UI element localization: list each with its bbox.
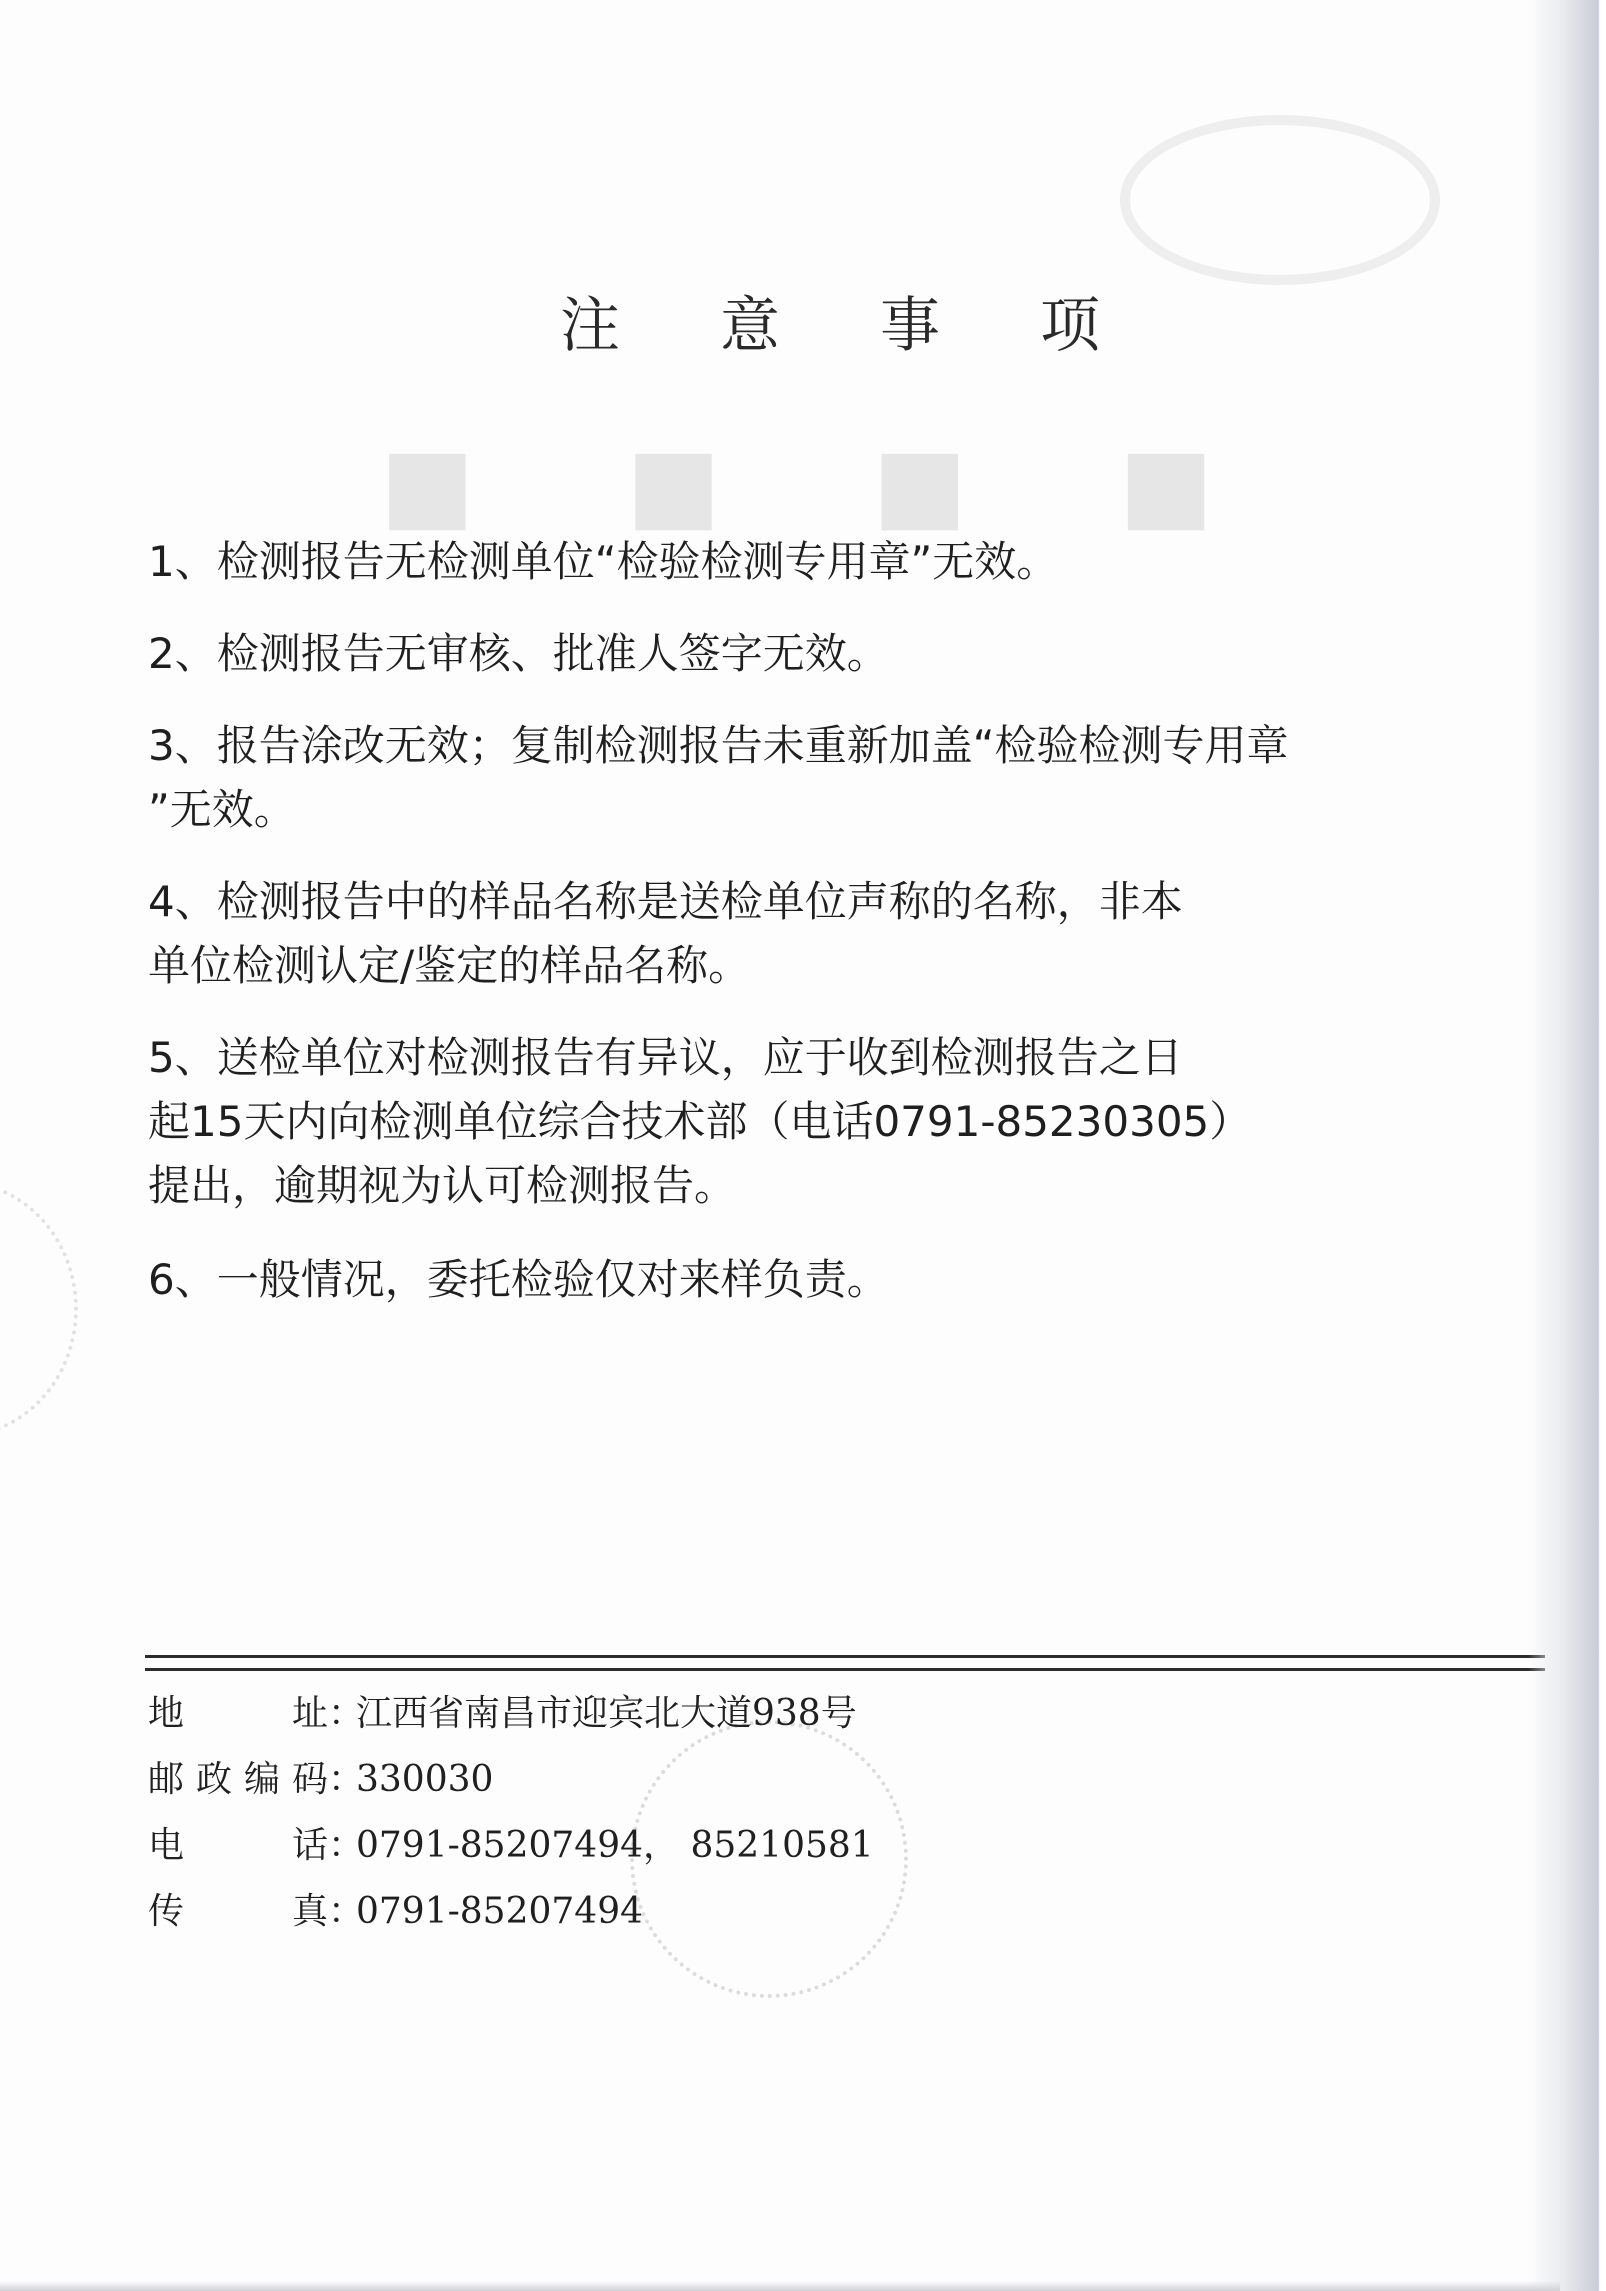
footer-divider-bottom <box>145 1668 1545 1671</box>
bleed-through-stamp-arc <box>0 1180 78 1438</box>
label-char: 政 <box>196 1751 232 1802</box>
notice-item-2: 2、检测报告无审核、批准人签字无效。 <box>148 622 1528 686</box>
notice-line: 1、检测报告无检测单位“检验检测专用章”无效。 <box>148 530 1528 594</box>
contact-postcode: 邮 政 编 码 ： 330030 <box>148 1751 874 1817</box>
binding-edge-shadow <box>1528 0 1606 2291</box>
notice-line: 4、检测报告中的样品名称是送检单位声称的名称，非本 <box>148 870 1388 934</box>
label-colon: ： <box>328 1883 356 1934</box>
label-colon: ： <box>328 1817 356 1868</box>
notice-line: 单位检测认定/鉴定的样品名称。 <box>148 934 1388 998</box>
notice-item-4: 4、检测报告中的样品名称是送检单位声称的名称，非本 单位检测认定/鉴定的样品名称… <box>148 870 1388 998</box>
contact-phone: 电 话 ： 0791-85207494， 85210581 <box>148 1817 874 1883</box>
contact-fax: 传 真 ： 0791-85207494 <box>148 1883 874 1949</box>
label-char: 传 <box>148 1883 184 1934</box>
phone-value: 0791-85207494， 85210581 <box>356 1817 874 1868</box>
label-char: 邮 <box>148 1751 184 1802</box>
notice-line: 3、报告涂改无效；复制检测报告未重新加盖“检验检测专用章 <box>148 714 1528 778</box>
footer-divider-top <box>145 1655 1545 1658</box>
notice-item-1: 1、检测报告无检测单位“检验检测专用章”无效。 <box>148 530 1528 594</box>
address-label: 地 址 <box>148 1685 328 1736</box>
notice-item-3: 3、报告涂改无效；复制检测报告未重新加盖“检验检测专用章 ”无效。 <box>148 714 1528 842</box>
label-char: 真 <box>292 1883 328 1934</box>
contact-address: 地 址 ： 江西省南昌市迎宾北大道938号 <box>148 1685 874 1751</box>
notice-line: 5、送检单位对检测报告有异议，应于收到检测报告之日 <box>148 1026 1378 1090</box>
page-title: 注 意 事 项 <box>560 278 1100 364</box>
label-colon: ： <box>328 1685 356 1736</box>
label-char: 地 <box>148 1685 184 1736</box>
notice-list: 1、检测报告无检测单位“检验检测专用章”无效。 2、检测报告无审核、批准人签字无… <box>148 530 1528 1340</box>
postcode-label: 邮 政 编 码 <box>148 1751 328 1802</box>
scanned-page: ■ ■ ■ ■ 注 意 事 项 1、检测报告无检测单位“检验检测专用章”无效。 … <box>0 0 1606 2291</box>
notice-line: ”无效。 <box>148 778 1528 842</box>
notice-item-5: 5、送检单位对检测报告有异议，应于收到检测报告之日 起15天内向检测单位综合技术… <box>148 1026 1378 1218</box>
fax-label: 传 真 <box>148 1883 328 1934</box>
title-char: 意 <box>720 278 780 364</box>
phone-label: 电 话 <box>148 1817 328 1868</box>
label-char: 话 <box>292 1817 328 1868</box>
bottom-edge-shadow <box>0 2281 1560 2291</box>
label-colon: ： <box>328 1751 356 1802</box>
notice-line: 起15天内向检测单位综合技术部（电话0791-85230305） <box>148 1090 1378 1154</box>
label-char: 码 <box>292 1751 328 1802</box>
address-value: 江西省南昌市迎宾北大道938号 <box>356 1685 857 1736</box>
notice-line: 提出，逾期视为认可检测报告。 <box>148 1154 1378 1218</box>
postcode-value: 330030 <box>356 1759 493 1800</box>
contact-block: 地 址 ： 江西省南昌市迎宾北大道938号 邮 政 编 码 ： 330030 电… <box>148 1685 874 1949</box>
bleed-through-heading: ■ ■ ■ ■ <box>320 425 1213 542</box>
bleed-through-cma-logo <box>1120 115 1440 285</box>
label-char: 编 <box>244 1751 280 1802</box>
title-char: 项 <box>1040 278 1100 364</box>
notice-line: 6、一般情况，委托检验仅对来样负责。 <box>148 1248 1528 1312</box>
label-char: 电 <box>148 1817 184 1868</box>
notice-line: 2、检测报告无审核、批准人签字无效。 <box>148 622 1528 686</box>
fax-value: 0791-85207494 <box>356 1891 643 1932</box>
label-char: 址 <box>292 1685 328 1736</box>
title-char: 事 <box>880 278 940 364</box>
notice-item-6: 6、一般情况，委托检验仅对来样负责。 <box>148 1248 1528 1312</box>
title-char: 注 <box>560 278 620 364</box>
